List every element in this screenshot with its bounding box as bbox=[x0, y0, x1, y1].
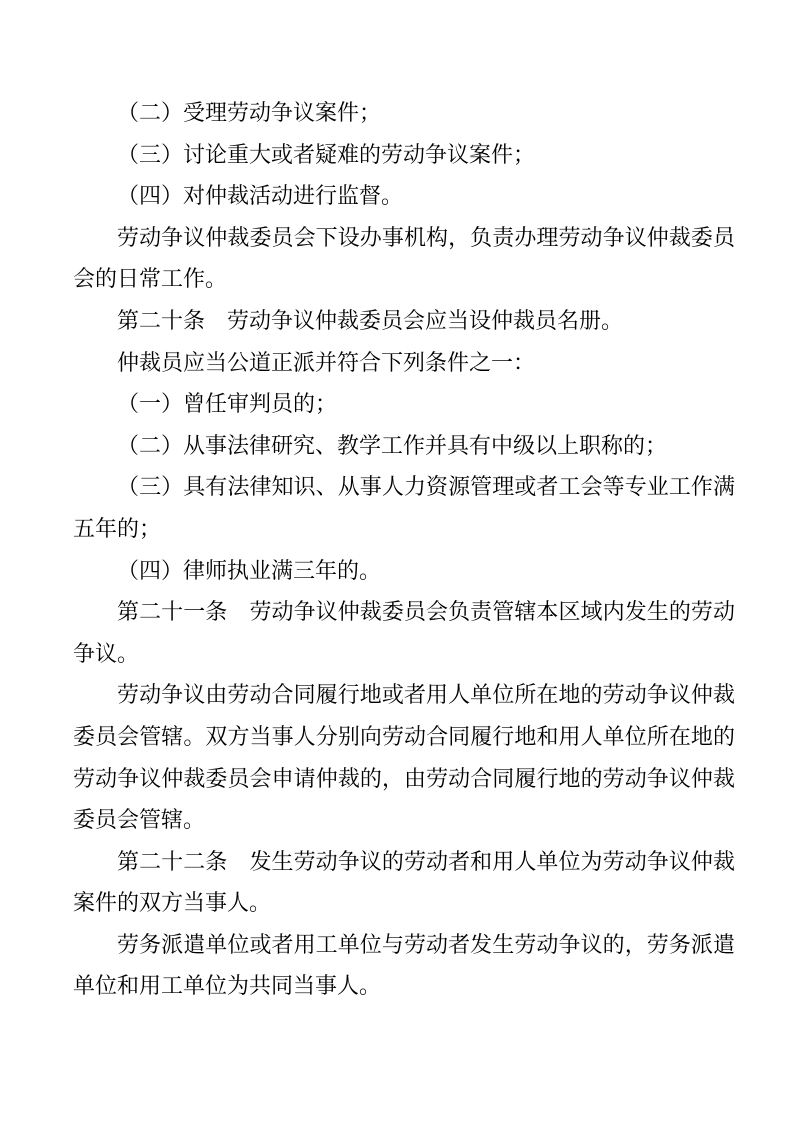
paragraph: 第二十一条 劳动争议仲裁委员会负责管辖本区域内发生的劳动争议。 bbox=[73, 591, 735, 674]
paragraph: 仲裁员应当公道正派并符合下列条件之一： bbox=[73, 342, 735, 384]
paragraph: 劳动争议由劳动合同履行地或者用人单位所在地的劳动争议仲裁委员会管辖。双方当事人分… bbox=[73, 674, 735, 840]
paragraph: （一）曾任审判员的； bbox=[73, 383, 735, 425]
paragraph: （四）律师执业满三年的。 bbox=[73, 550, 735, 592]
paragraph: （三）具有法律知识、从事人力资源管理或者工会等专业工作满五年的； bbox=[73, 466, 735, 549]
paragraph: 第二十二条 发生劳动争议的劳动者和用人单位为劳动争议仲裁案件的双方当事人。 bbox=[73, 841, 735, 924]
paragraph: （四）对仲裁活动进行监督。 bbox=[73, 175, 735, 217]
paragraph: 第二十条 劳动争议仲裁委员会应当设仲裁员名册。 bbox=[73, 300, 735, 342]
document-body: （二）受理劳动争议案件；（三）讨论重大或者疑难的劳动争议案件；（四）对仲裁活动进… bbox=[73, 92, 735, 1007]
paragraph: 劳务派遣单位或者用工单位与劳动者发生劳动争议的，劳务派遣单位和用工单位为共同当事… bbox=[73, 924, 735, 1007]
paragraph: 劳动争议仲裁委员会下设办事机构，负责办理劳动争议仲裁委员会的日常工作。 bbox=[73, 217, 735, 300]
paragraph: （三）讨论重大或者疑难的劳动争议案件； bbox=[73, 134, 735, 176]
document-page: （二）受理劳动争议案件；（三）讨论重大或者疑难的劳动争议案件；（四）对仲裁活动进… bbox=[0, 0, 793, 1122]
paragraph: （二）从事法律研究、教学工作并具有中级以上职称的； bbox=[73, 425, 735, 467]
paragraph: （二）受理劳动争议案件； bbox=[73, 92, 735, 134]
